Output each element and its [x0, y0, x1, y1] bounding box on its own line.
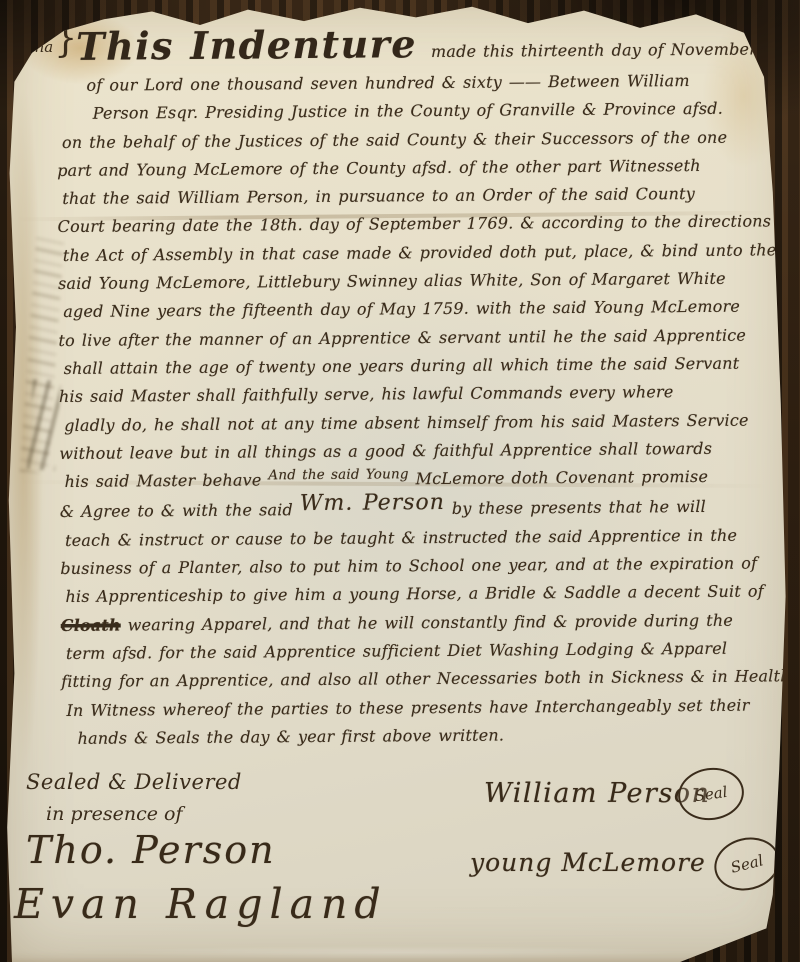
line-text: shall attain the age of twenty one years…	[64, 354, 740, 378]
attestation-line: Sealed & Delivered	[26, 770, 242, 794]
line-text: term afsd. for the said Apprentice suffi…	[66, 639, 727, 663]
line-text: by these presents that he will	[445, 497, 706, 518]
witness-signature: Tho. Person	[26, 828, 276, 872]
line-text: fitting for an Apprentice, and also all …	[61, 666, 791, 691]
line-text: In Witness whereof the parties to these …	[66, 695, 749, 719]
document-line: In Witness whereof the parties to these …	[61, 691, 783, 725]
struck-out-word: Cloath	[61, 615, 121, 634]
line-text: teach & instruct or cause to be taught &…	[65, 525, 737, 549]
document-body-text: This Indenturemade this thirteenth day o…	[56, 16, 784, 753]
line-text: of our Lord one thousand seven hundred &…	[86, 71, 689, 95]
line-text: Court bearing date the 18th. day of Sept…	[58, 212, 795, 237]
document-line: hands & Seals the day & year first above…	[62, 719, 784, 753]
line-text: & Agree to & with the said	[60, 501, 300, 522]
line-text: that the said William Person, in pursuan…	[62, 184, 695, 208]
line-text: his Apprenticeship to give him a young H…	[65, 582, 763, 606]
line-text: the Act of Assembly in that case made & …	[63, 240, 777, 265]
fragment-line-bottom: olina	[16, 39, 53, 56]
line-text: McLemore doth Covenant promise	[409, 467, 709, 488]
document-paper: th olina } This Indenturemade this thirt…	[0, 0, 800, 962]
line-text: hands & Seals the day & year first above…	[78, 725, 505, 747]
line-text: gladly do, he shall not at any time abse…	[64, 410, 749, 434]
line-text: aged Nine years the fifteenth day of May…	[63, 297, 740, 321]
party-signature: William Person	[484, 778, 710, 809]
line-text: wearing Apparel, and that he will consta…	[121, 610, 733, 634]
line-text: his said Master behave	[65, 471, 269, 492]
line-text: made this thirteenth day of November in …	[431, 39, 800, 61]
party-signature: young McLemore	[470, 848, 706, 877]
opening-words: This Indenture	[76, 21, 417, 69]
line-text: to live after the manner of an Apprentic…	[58, 325, 746, 349]
seal-label: Seal	[729, 851, 765, 876]
document-line: This Indenturemade this thirteenth day o…	[56, 16, 778, 72]
seal-mark: Seal	[709, 831, 786, 897]
line-text: his said Master shall faithfully serve, …	[59, 382, 674, 406]
squeezed-insertion: And the said Young	[268, 460, 409, 489]
attestation-line: in presence of	[46, 803, 182, 825]
photographed-indenture-document: th olina } This Indenturemade this thirt…	[0, 0, 800, 962]
line-text: Person Esqr. Presiding Justice in the Co…	[93, 99, 723, 123]
line-text: said Young McLemore, Littlebury Swinney …	[58, 269, 726, 293]
witness-signature: Evan Ragland	[14, 880, 388, 928]
seal-mark: Seal	[675, 764, 748, 825]
line-text: without leave but in all things as a goo…	[59, 439, 712, 463]
line-text: part and Young McLemore of the County af…	[57, 156, 701, 180]
line-text: business of a Planter, also to put him t…	[60, 554, 757, 578]
fragment-line-top: th	[16, 22, 53, 39]
seal-label: Seal	[693, 783, 728, 805]
line-text: on the behalf of the Justices of the sai…	[62, 127, 727, 151]
ink-smudge-marks	[27, 379, 61, 471]
interlined-name: Wm. Person	[300, 489, 445, 518]
